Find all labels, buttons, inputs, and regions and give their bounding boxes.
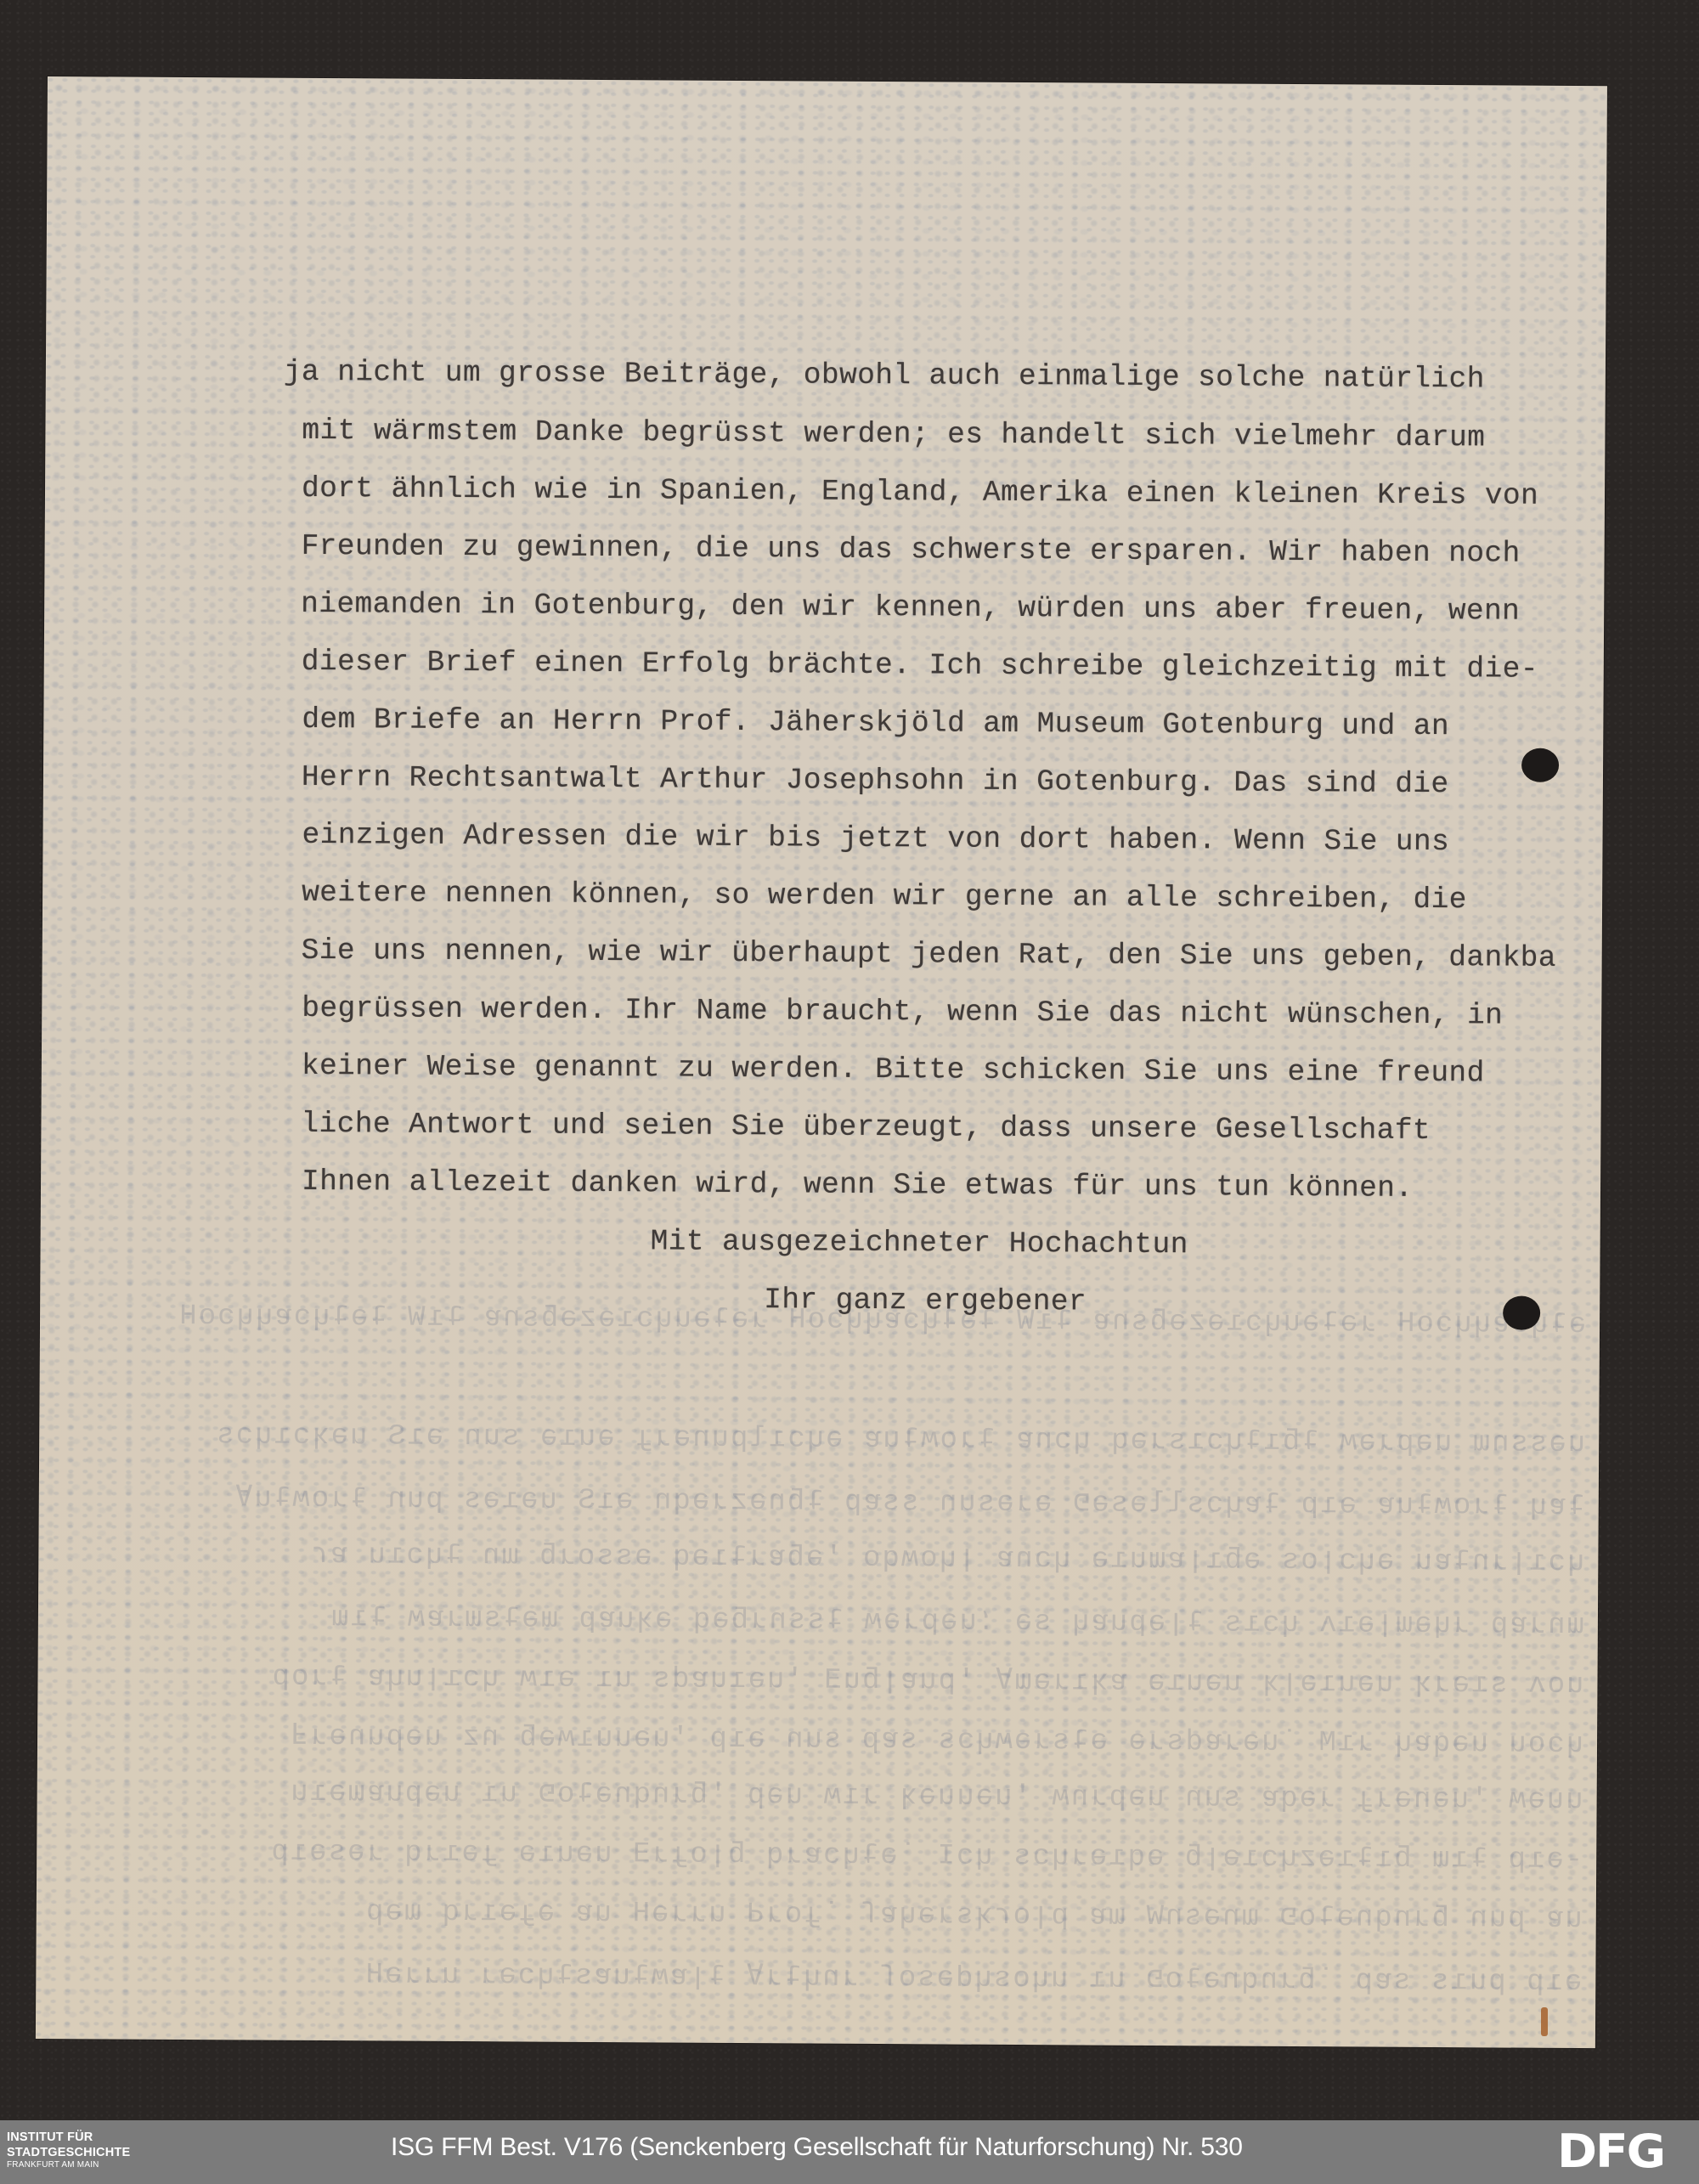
letter-line: dem Briefe an Herrn Prof. Jäherskjöld am… [302, 703, 1449, 743]
punch-hole [1521, 748, 1559, 782]
rust-stain [1541, 2007, 1548, 2036]
letter-line: mit wärmstem Danke begrüsst werden; es h… [302, 415, 1485, 455]
letter-line: dort ähnlich wie in Spanien, England, Am… [302, 472, 1538, 513]
letter-line: Herrn Rechtsantwalt Arthur Josephsohn in… [302, 761, 1449, 801]
dfg-logo: DFG [1557, 2129, 1664, 2175]
letter-line: einzigen Adressen die wir bis jetzt von … [302, 819, 1449, 859]
letter-line: liche Antwort und seien Sie überzeugt, d… [301, 1108, 1431, 1148]
letter-line: ja nicht um grosse Beiträge, obwohl auch… [284, 356, 1485, 397]
institution-name-line1: INSTITUT FÜR [7, 2131, 130, 2144]
institution-name-line2: STADTGESCHICHTE [7, 2147, 130, 2159]
letter-line: keiner Weise genannt zu werden. Bitte sc… [302, 1050, 1485, 1091]
letter-page: ǝʇɥɔɐɥɥɔoH ɹǝʇǝuɥɔıǝzǝƃsnɐ ʇıW ʇǝʇɥɔɐɥɥɔ… [36, 76, 1607, 2048]
signature-line: Ihr ganz ergebener [764, 1284, 1087, 1318]
letter-line: Freunden zu gewinnen, die uns das schwer… [302, 530, 1521, 571]
letter-line: dieser Brief einen Erfolg brächte. Ich s… [302, 646, 1538, 686]
letter-line: weitere nennen können, so werden wir ger… [302, 877, 1467, 917]
archive-reference-caption: ISG FFM Best. V176 (Senckenberg Gesellsc… [391, 2135, 1243, 2160]
letter-line: Sie uns nennen, wie wir überhaupt jeden … [302, 934, 1556, 975]
letter-text: ja nicht um grosse Beiträge, obwohl auch… [36, 76, 1607, 2048]
letter-line: begrüssen werden. Ihr Name braucht, wenn… [302, 992, 1503, 1033]
institution-logo: INSTITUT FÜR STADTGESCHICHTE FRANKFURT A… [7, 2131, 130, 2170]
closing-line: Mit ausgezeichneter Hochachtun [651, 1225, 1188, 1261]
institution-city: FRANKFURT AM MAIN [7, 2161, 130, 2170]
letter-line: niemanden in Gotenburg, den wir kennen, … [301, 588, 1520, 629]
punch-hole [1503, 1295, 1540, 1329]
letter-line: Ihnen allezeit danken wird, wenn Sie etw… [302, 1165, 1414, 1205]
archive-footer-bar: INSTITUT FÜR STADTGESCHICHTE FRANKFURT A… [0, 2120, 1699, 2184]
